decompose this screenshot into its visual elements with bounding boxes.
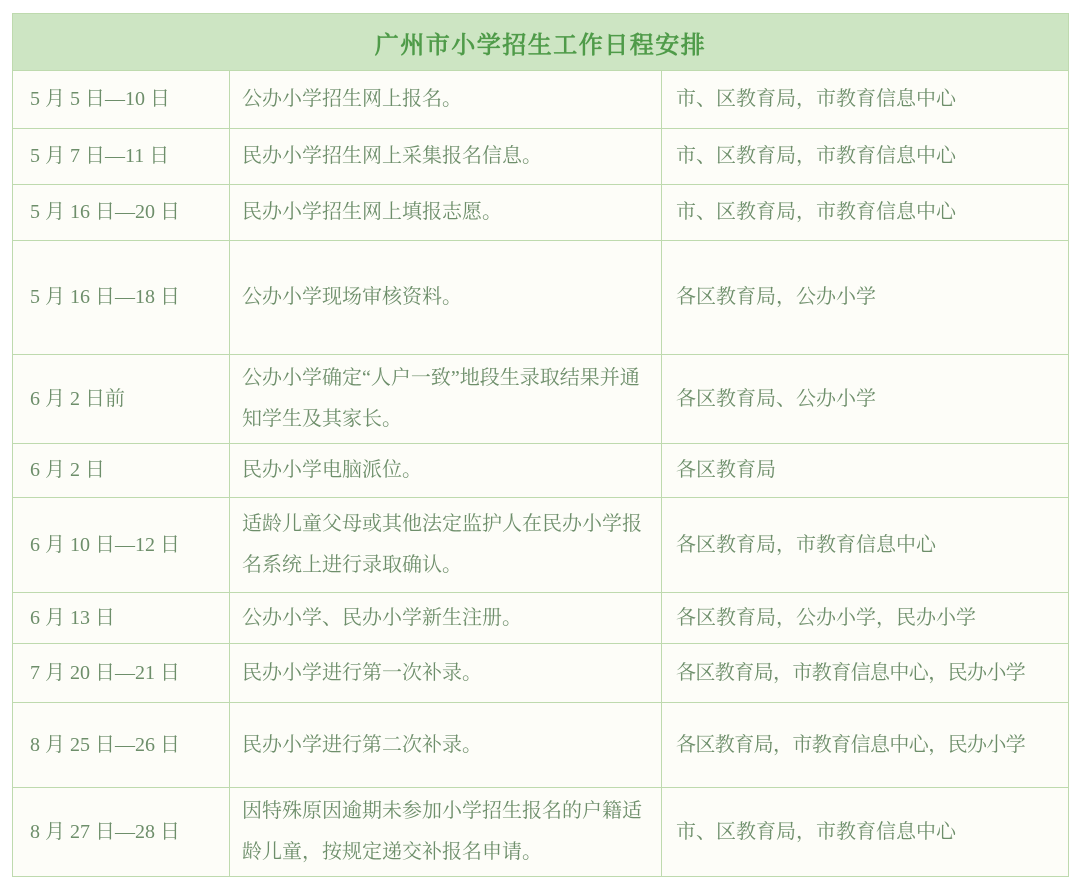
schedule-table: 广州市小学招生工作日程安排 5 月 5 日—10 日 公办小学招生网上报名。 市…: [12, 13, 1069, 877]
date-cell: 7 月 20 日—21 日: [13, 644, 230, 703]
table-row: 5 月 16 日—18 日 公办小学现场审核资料。 各区教育局，公办小学: [13, 241, 1069, 355]
task-cell: 公办小学、民办小学新生注册。: [230, 593, 662, 644]
task-cell: 民办小学电脑派位。: [230, 444, 662, 498]
date-cell: 5 月 5 日—10 日: [13, 71, 230, 129]
table-header-row: 广州市小学招生工作日程安排: [13, 14, 1069, 71]
date-cell: 6 月 2 日前: [13, 355, 230, 444]
task-cell: 因特殊原因逾期未参加小学招生报名的户籍适龄儿童，按规定递交补报名申请。: [230, 788, 662, 877]
table-row: 5 月 7 日—11 日 民办小学招生网上采集报名信息。 市、区教育局，市教育信…: [13, 129, 1069, 185]
task-cell: 适龄儿童父母或其他法定监护人在民办小学报名系统上进行录取确认。: [230, 498, 662, 593]
department-cell: 市、区教育局，市教育信息中心: [662, 788, 1069, 877]
date-cell: 6 月 2 日: [13, 444, 230, 498]
department-cell: 各区教育局，公办小学: [662, 241, 1069, 355]
date-cell: 5 月 16 日—18 日: [13, 241, 230, 355]
department-cell: 各区教育局，市教育信息中心，民办小学: [662, 703, 1069, 788]
table-row: 6 月 10 日—12 日 适龄儿童父母或其他法定监护人在民办小学报名系统上进行…: [13, 498, 1069, 593]
date-cell: 5 月 16 日—20 日: [13, 185, 230, 241]
task-cell: 公办小学现场审核资料。: [230, 241, 662, 355]
schedule-table-container: 广州市小学招生工作日程安排 5 月 5 日—10 日 公办小学招生网上报名。 市…: [12, 13, 1069, 877]
table-row: 8 月 27 日—28 日 因特殊原因逾期未参加小学招生报名的户籍适龄儿童，按规…: [13, 788, 1069, 877]
task-cell: 民办小学进行第一次补录。: [230, 644, 662, 703]
date-cell: 6 月 10 日—12 日: [13, 498, 230, 593]
department-cell: 各区教育局，市教育信息中心: [662, 498, 1069, 593]
department-cell: 各区教育局、公办小学: [662, 355, 1069, 444]
page-title: 广州市小学招生工作日程安排: [13, 14, 1069, 71]
table-row: 6 月 2 日 民办小学电脑派位。 各区教育局: [13, 444, 1069, 498]
department-cell: 各区教育局，公办小学，民办小学: [662, 593, 1069, 644]
date-cell: 5 月 7 日—11 日: [13, 129, 230, 185]
table-row: 6 月 13 日 公办小学、民办小学新生注册。 各区教育局，公办小学，民办小学: [13, 593, 1069, 644]
department-cell: 各区教育局: [662, 444, 1069, 498]
table-row: 5 月 16 日—20 日 民办小学招生网上填报志愿。 市、区教育局，市教育信息…: [13, 185, 1069, 241]
table-row: 5 月 5 日—10 日 公办小学招生网上报名。 市、区教育局，市教育信息中心: [13, 71, 1069, 129]
task-cell: 民办小学招生网上采集报名信息。: [230, 129, 662, 185]
department-cell: 市、区教育局，市教育信息中心: [662, 185, 1069, 241]
task-cell: 民办小学招生网上填报志愿。: [230, 185, 662, 241]
task-cell: 民办小学进行第二次补录。: [230, 703, 662, 788]
table-row: 8 月 25 日—26 日 民办小学进行第二次补录。 各区教育局，市教育信息中心…: [13, 703, 1069, 788]
department-cell: 各区教育局，市教育信息中心，民办小学: [662, 644, 1069, 703]
task-cell: 公办小学招生网上报名。: [230, 71, 662, 129]
table-row: 7 月 20 日—21 日 民办小学进行第一次补录。 各区教育局，市教育信息中心…: [13, 644, 1069, 703]
date-cell: 8 月 27 日—28 日: [13, 788, 230, 877]
date-cell: 6 月 13 日: [13, 593, 230, 644]
department-cell: 市、区教育局，市教育信息中心: [662, 71, 1069, 129]
date-cell: 8 月 25 日—26 日: [13, 703, 230, 788]
table-row: 6 月 2 日前 公办小学确定“人户一致”地段生录取结果并通知学生及其家长。 各…: [13, 355, 1069, 444]
department-cell: 市、区教育局，市教育信息中心: [662, 129, 1069, 185]
task-cell: 公办小学确定“人户一致”地段生录取结果并通知学生及其家长。: [230, 355, 662, 444]
